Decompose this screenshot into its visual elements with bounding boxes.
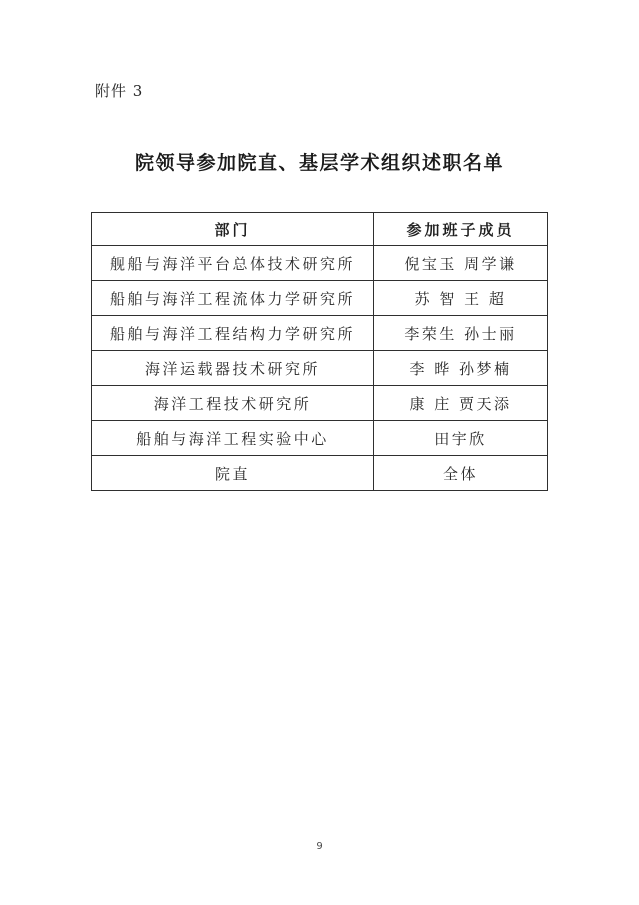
- department-cell: 院直: [92, 456, 374, 491]
- table-row: 海洋运载器技术研究所 李 晔 孙梦楠: [92, 351, 548, 386]
- department-cell: 船舶与海洋工程流体力学研究所: [92, 281, 374, 316]
- table-row: 院直 全体: [92, 456, 548, 491]
- page-number: 9: [0, 841, 639, 852]
- table-row: 海洋工程技术研究所 康 庄 贾天添: [92, 386, 548, 421]
- members-cell: 李 晔 孙梦楠: [374, 351, 548, 386]
- document-page: 附件 3 院领导参加院直、基层学术组织述职名单 部门 参加班子成员 舰船与海洋平…: [0, 0, 639, 905]
- members-cell: 苏 智 王 超: [374, 281, 548, 316]
- members-cell: 康 庄 贾天添: [374, 386, 548, 421]
- members-cell: 田宇欣: [374, 421, 548, 456]
- department-cell: 船舶与海洋工程实验中心: [92, 421, 374, 456]
- members-cell: 李荣生 孙士丽: [374, 316, 548, 351]
- table-row: 船舶与海洋工程结构力学研究所 李荣生 孙士丽: [92, 316, 548, 351]
- department-cell: 舰船与海洋平台总体技术研究所: [92, 246, 374, 281]
- table-row: 船舶与海洋工程实验中心 田宇欣: [92, 421, 548, 456]
- attachment-label: 附件 3: [95, 80, 143, 101]
- table-row: 舰船与海洋平台总体技术研究所 倪宝玉 周学谦: [92, 246, 548, 281]
- header-cell-members: 参加班子成员: [374, 213, 548, 246]
- header-cell-department: 部门: [92, 213, 374, 246]
- table-row: 船舶与海洋工程流体力学研究所 苏 智 王 超: [92, 281, 548, 316]
- department-cell: 海洋工程技术研究所: [92, 386, 374, 421]
- roster-table: 部门 参加班子成员 舰船与海洋平台总体技术研究所 倪宝玉 周学谦 船舶与海洋工程…: [91, 212, 548, 491]
- members-cell: 倪宝玉 周学谦: [374, 246, 548, 281]
- members-cell: 全体: [374, 456, 548, 491]
- table-header-row: 部门 参加班子成员: [92, 213, 548, 246]
- page-title: 院领导参加院直、基层学术组织述职名单: [0, 148, 639, 175]
- department-cell: 海洋运载器技术研究所: [92, 351, 374, 386]
- department-cell: 船舶与海洋工程结构力学研究所: [92, 316, 374, 351]
